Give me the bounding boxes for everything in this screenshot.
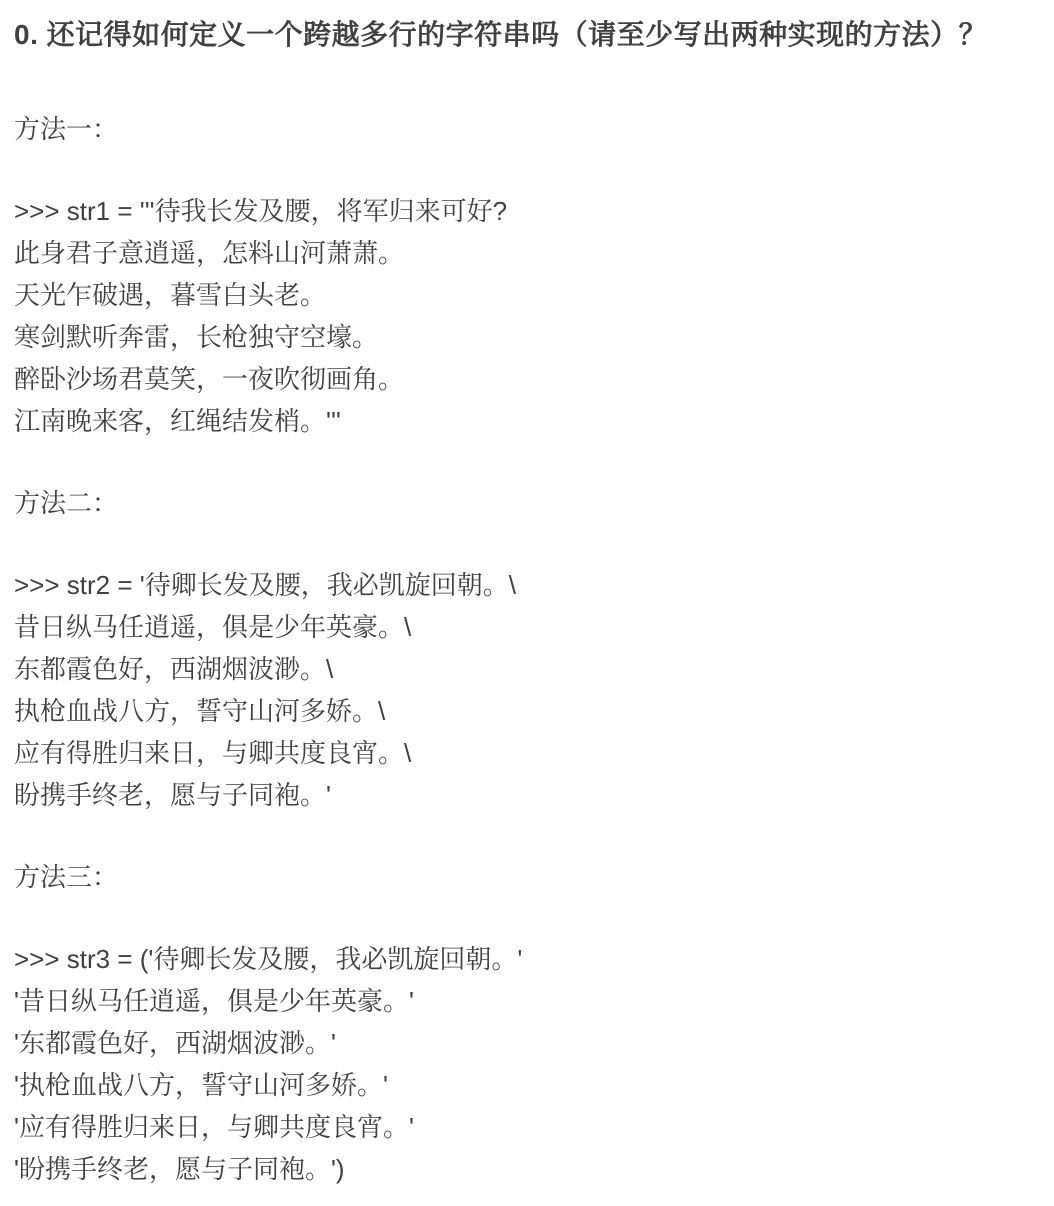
code-line: >>> str3 = ('待卿长发及腰，我必凯旋回朝。' bbox=[14, 938, 1030, 980]
code-line: 此身君子意逍遥，怎料山河萧萧。 bbox=[14, 232, 1030, 274]
method-two-label: 方法二： bbox=[14, 482, 1030, 524]
code-line: 应有得胜归来日，与卿共度良宵。\ bbox=[14, 732, 1030, 774]
method-one-code: >>> str1 = '''待我长发及腰，将军归来可好? 此身君子意逍遥，怎料山… bbox=[14, 190, 1030, 442]
code-line: '执枪血战八方，誓守山河多娇。' bbox=[14, 1064, 1030, 1106]
code-line: 东都霞色好，西湖烟波渺。\ bbox=[14, 648, 1030, 690]
code-line: 醉卧沙场君莫笑，一夜吹彻画角。 bbox=[14, 358, 1030, 400]
question-title: 0. 还记得如何定义一个跨越多行的字符串吗（请至少写出两种实现的方法）？ bbox=[14, 14, 1030, 56]
method-three-label: 方法三： bbox=[14, 856, 1030, 898]
code-line: 天光乍破遇，暮雪白头老。 bbox=[14, 274, 1030, 316]
code-line: >>> str1 = '''待我长发及腰，将军归来可好? bbox=[14, 190, 1030, 232]
code-line: 寒剑默听奔雷，长枪独守空壕。 bbox=[14, 316, 1030, 358]
code-line: 江南晚来客，红绳结发梢。''' bbox=[14, 400, 1030, 442]
document-page: 0. 还记得如何定义一个跨越多行的字符串吗（请至少写出两种实现的方法）？ 方法一… bbox=[0, 0, 1054, 1206]
code-line: '昔日纵马任逍遥，俱是少年英豪。' bbox=[14, 980, 1030, 1022]
method-one-label: 方法一： bbox=[14, 108, 1030, 150]
code-line: '应有得胜归来日，与卿共度良宵。' bbox=[14, 1106, 1030, 1148]
code-line: '东都霞色好，西湖烟波渺。' bbox=[14, 1022, 1030, 1064]
code-line: >>> str2 = '待卿长发及腰，我必凯旋回朝。\ bbox=[14, 564, 1030, 606]
code-line: 昔日纵马任逍遥，俱是少年英豪。\ bbox=[14, 606, 1030, 648]
code-line: 执枪血战八方，誓守山河多娇。\ bbox=[14, 690, 1030, 732]
method-two-code: >>> str2 = '待卿长发及腰，我必凯旋回朝。\ 昔日纵马任逍遥，俱是少年… bbox=[14, 564, 1030, 816]
method-three-code: >>> str3 = ('待卿长发及腰，我必凯旋回朝。' '昔日纵马任逍遥，俱是… bbox=[14, 938, 1030, 1190]
code-line: 盼携手终老，愿与子同袍。' bbox=[14, 774, 1030, 816]
code-line: '盼携手终老，愿与子同袍。') bbox=[14, 1148, 1030, 1190]
